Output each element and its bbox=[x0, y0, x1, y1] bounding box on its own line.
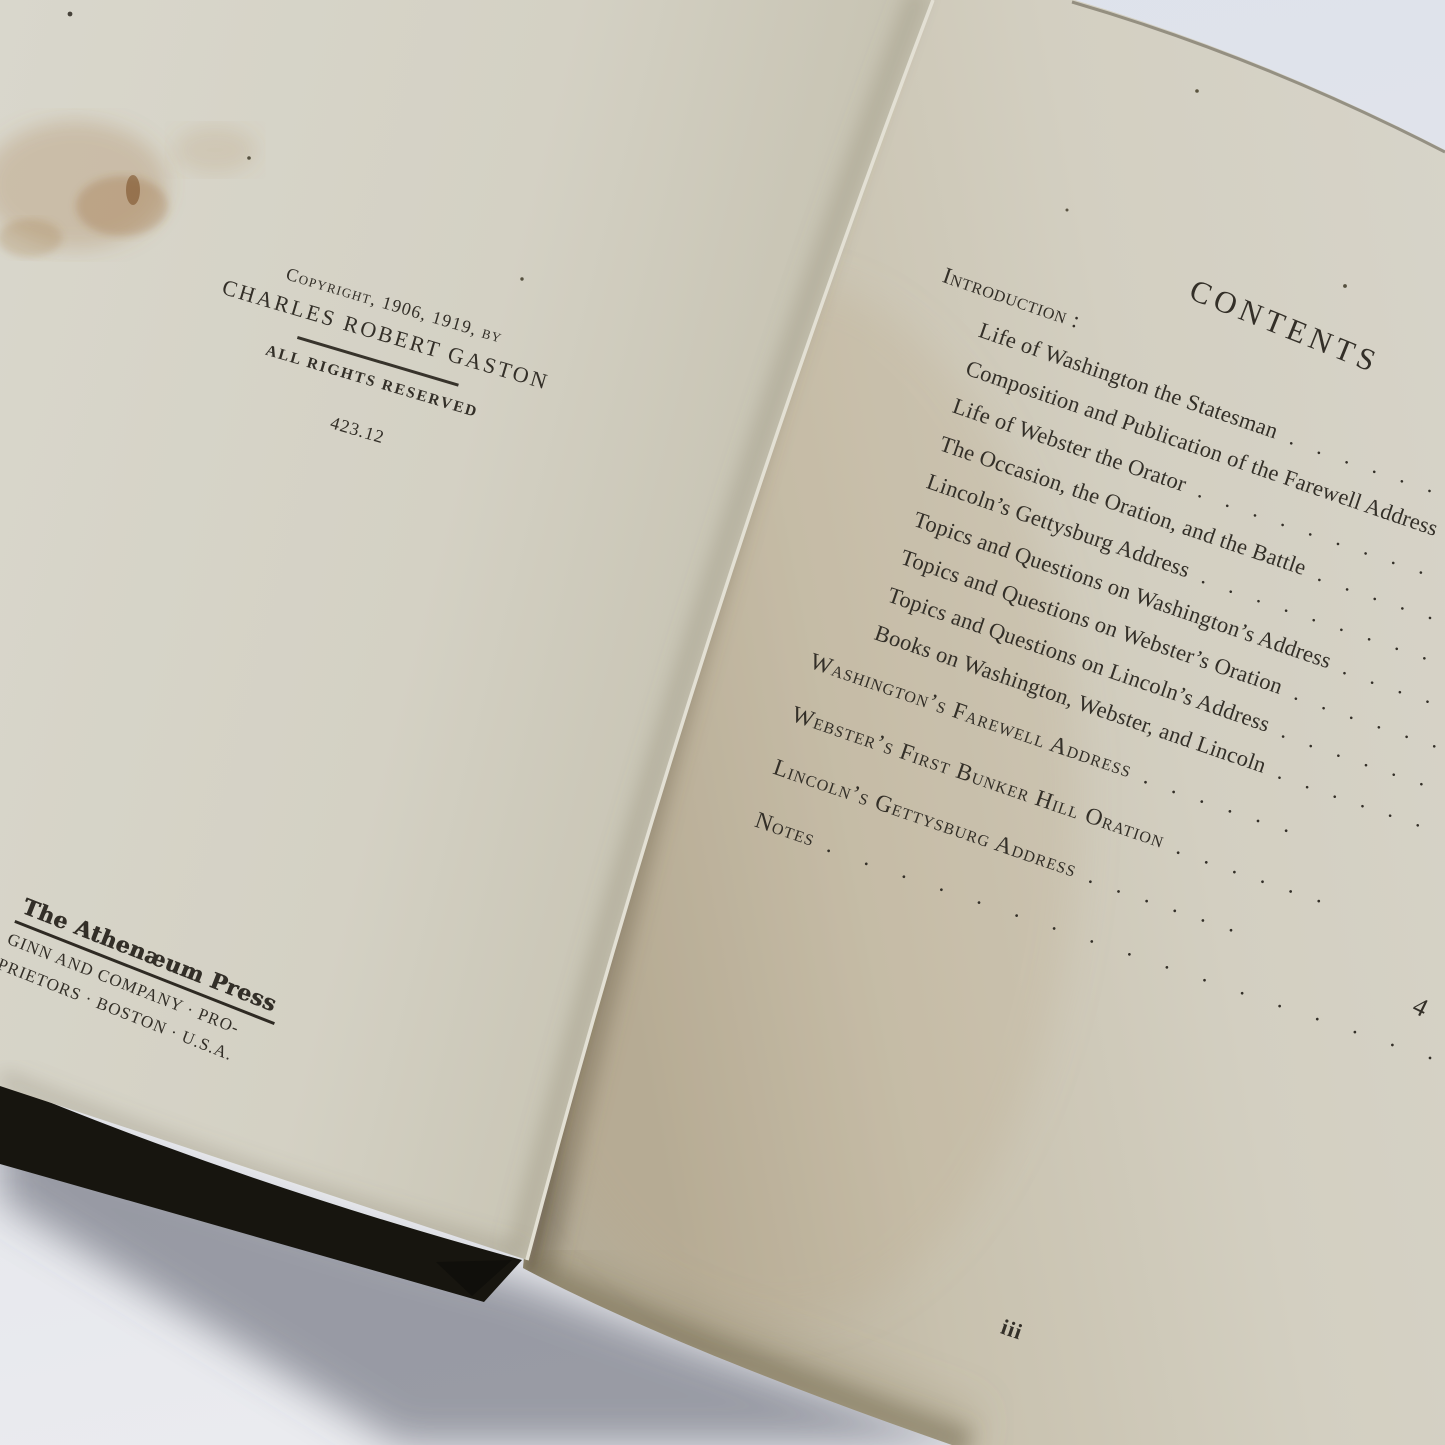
paper-speck bbox=[247, 156, 251, 160]
paper-speck bbox=[1066, 209, 1069, 212]
book-photo: Copyright, 1906, 1919, by CHARLES ROBERT… bbox=[0, 0, 1445, 1445]
foxing-stain bbox=[173, 126, 257, 174]
paper-speck bbox=[520, 277, 523, 280]
paper-speck bbox=[1343, 284, 1347, 288]
foxing-stain bbox=[0, 219, 62, 257]
leader-dots bbox=[1089, 314, 1097, 338]
paper-speck bbox=[68, 12, 73, 17]
foxing-stain bbox=[126, 175, 140, 205]
foxing-stain bbox=[76, 176, 168, 236]
paper-speck bbox=[1195, 89, 1199, 93]
